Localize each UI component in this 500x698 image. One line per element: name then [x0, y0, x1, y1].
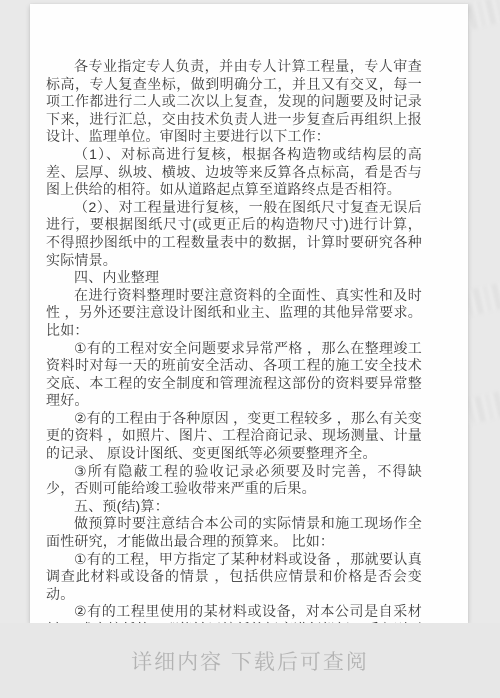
- document-body: 各专业指定专人负责，并由专人计算工程量，专人审查标高，专人复查坐标，做到明确分工…: [46, 58, 422, 623]
- document-page: 各专业指定专人负责，并由专人计算工程量，专人审查标高，专人复查坐标，做到明确分工…: [30, 4, 468, 623]
- paragraph: 做预算时要注意结合本公司的实际情景和施工现场作全面性研究，才能做出最合理的预算来…: [46, 515, 422, 550]
- paragraph: ③所有隐蔽工程的验收记录必须要及时完善，不得缺少，否则可能给竣工验收带来严重的后…: [46, 463, 422, 498]
- paragraph: 在进行资料整理时要注意资料的全面性、真实性和及时性 ，另外还要注意设计图纸和业主…: [46, 287, 422, 340]
- paragraph: ②有的工程由于各种原因 ，变更工程较多 ，那么有关变更的资料 ，如照片、图片、工…: [46, 410, 422, 463]
- paragraph: 各专业指定专人负责，并由专人计算工程量，专人审查标高，专人复查坐标，做到明确分工…: [46, 58, 422, 146]
- paragraph: （2）、对工程量进行复核，一般在图纸尺寸复查无误后进行，要根据图纸尺寸(或更正后…: [46, 199, 422, 269]
- paragraph: ①有的工程对安全问题要求异常严格 ，那么在整理竣工资料时对每一天的班前安全活动、…: [46, 340, 422, 410]
- download-hint-text: 详细内容 下载后可查阅: [131, 646, 369, 676]
- paragraph: （1）、对标高进行复核，根据各构造物或结构层的高差、层厚、纵坡、横坡、边坡等来反…: [46, 146, 422, 199]
- section-heading: 五、预(结)算：: [46, 498, 422, 516]
- section-heading: 四、内业整理: [46, 269, 422, 287]
- paragraph: ②有的工程里使用的某材料或设备，对本公司是自采材料 ，成本较低的，那能够用较低的…: [46, 603, 422, 623]
- paragraph: ①有的工程，甲方指定了某种材料或设备 ，那就要认真调查此材料或设备的情景 ，包括…: [46, 551, 422, 604]
- download-hint-bar: 详细内容 下载后可查阅: [0, 623, 500, 698]
